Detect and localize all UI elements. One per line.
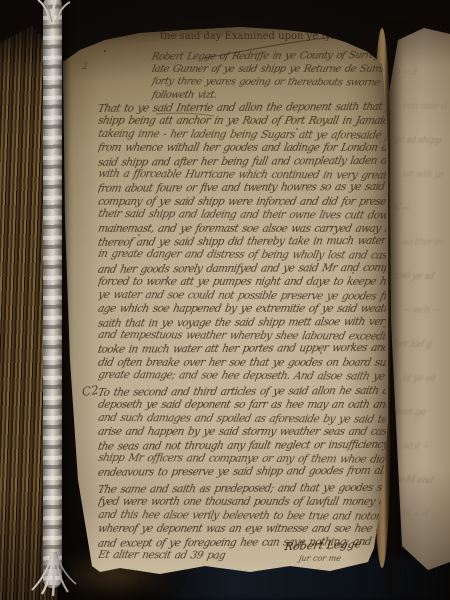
text-line: endeavours to preserve ye said shipp and… [98, 465, 386, 479]
ghost-text-line: ~ wch ~ [400, 294, 448, 329]
ghost-text-line: so ther in [400, 226, 448, 261]
text-line: fyed were worth one thousand pounds of l… [98, 496, 386, 509]
text-line: age which soe happened by ye extremitie … [98, 303, 386, 316]
body-paragraph-3: The same and saith as predeposed; and th… [98, 483, 386, 563]
text-line: greate damage; and soe hee deposeth. And… [98, 369, 386, 383]
ghost-text-line: of ye sd [400, 362, 448, 397]
text-line: Et aliter nescit ad 39 pag [98, 549, 386, 563]
text-line: from about foure or five and twenty howr… [98, 181, 386, 196]
binding-cord [43, 0, 62, 588]
text-line: did often breake over her soe that ye go… [98, 357, 386, 370]
ghost-text-line: so e ~ [400, 430, 448, 465]
text-line: their said shipp and ladeing and their o… [98, 208, 386, 223]
text-line: shipp being att anchor in ye Road of Por… [98, 115, 386, 128]
body-paragraph-1: That to ye said Interrie and allon the d… [98, 102, 386, 384]
heading-line: the said day Examined upon ye fyrst Intt… [160, 30, 380, 43]
text-line: deposeth ye said deponent so farr as hee… [98, 399, 386, 412]
ghost-text-line: con ame d [400, 90, 448, 125]
text-line: arise and happen by ye said stormy weath… [98, 426, 386, 439]
text-line: takeing inne - her ladeing being Sugars … [98, 128, 386, 143]
text-line: mainemast, and ye foremast soe alsoe was… [98, 223, 386, 236]
title-line: forty three yeares goeing or thereabouts… [151, 75, 383, 89]
deponent-title-block: Robert Legge of Redriffe in ye County of… [152, 50, 382, 102]
signature-name: Robert Legge [284, 538, 363, 554]
title-line: Robert Legge of Redriffe in ye County of… [151, 49, 384, 64]
manuscript-page: 2 the said day Examined upon ye fyrst In… [52, 22, 388, 578]
text-line: ye water and soe could not possible pres… [98, 289, 386, 304]
gutter-shadow [386, 24, 404, 594]
body-paragraph-2: To the second and third articles of ye s… [98, 386, 386, 480]
text-line: and her goods sorely damnifyed and ye sa… [98, 262, 386, 277]
page-number: 2 [82, 62, 88, 72]
paragraph-margin-mark: C2 [81, 383, 100, 399]
ghost-text-line: N ~ d [400, 498, 448, 533]
manuscript-photo: b ~ 3con ame dye sd shippan wth yeC ~so … [0, 0, 450, 600]
title-line: followeth vizt. [151, 89, 384, 102]
text-line: from whence withall her goodes and ladin… [98, 142, 386, 155]
text-line: whereof ye deponent was an eye witnesse … [98, 523, 386, 536]
text-line: and such damages and spoiled as aforesai… [98, 412, 386, 427]
text-line: and this hee alsoe verily beleeveth to b… [98, 509, 386, 524]
signature-jurat: jur cor me [298, 554, 342, 563]
ghost-text-line: an wth ye [400, 158, 448, 193]
title-line: late Gunner of ye said shipp ye Returne … [151, 63, 384, 76]
text-line: tooke in much water att her portes and u… [98, 342, 386, 357]
text-line: company of ye said shipp were inforced a… [98, 196, 386, 209]
text-line: forced to worke att ye pumpes night and … [98, 276, 386, 289]
